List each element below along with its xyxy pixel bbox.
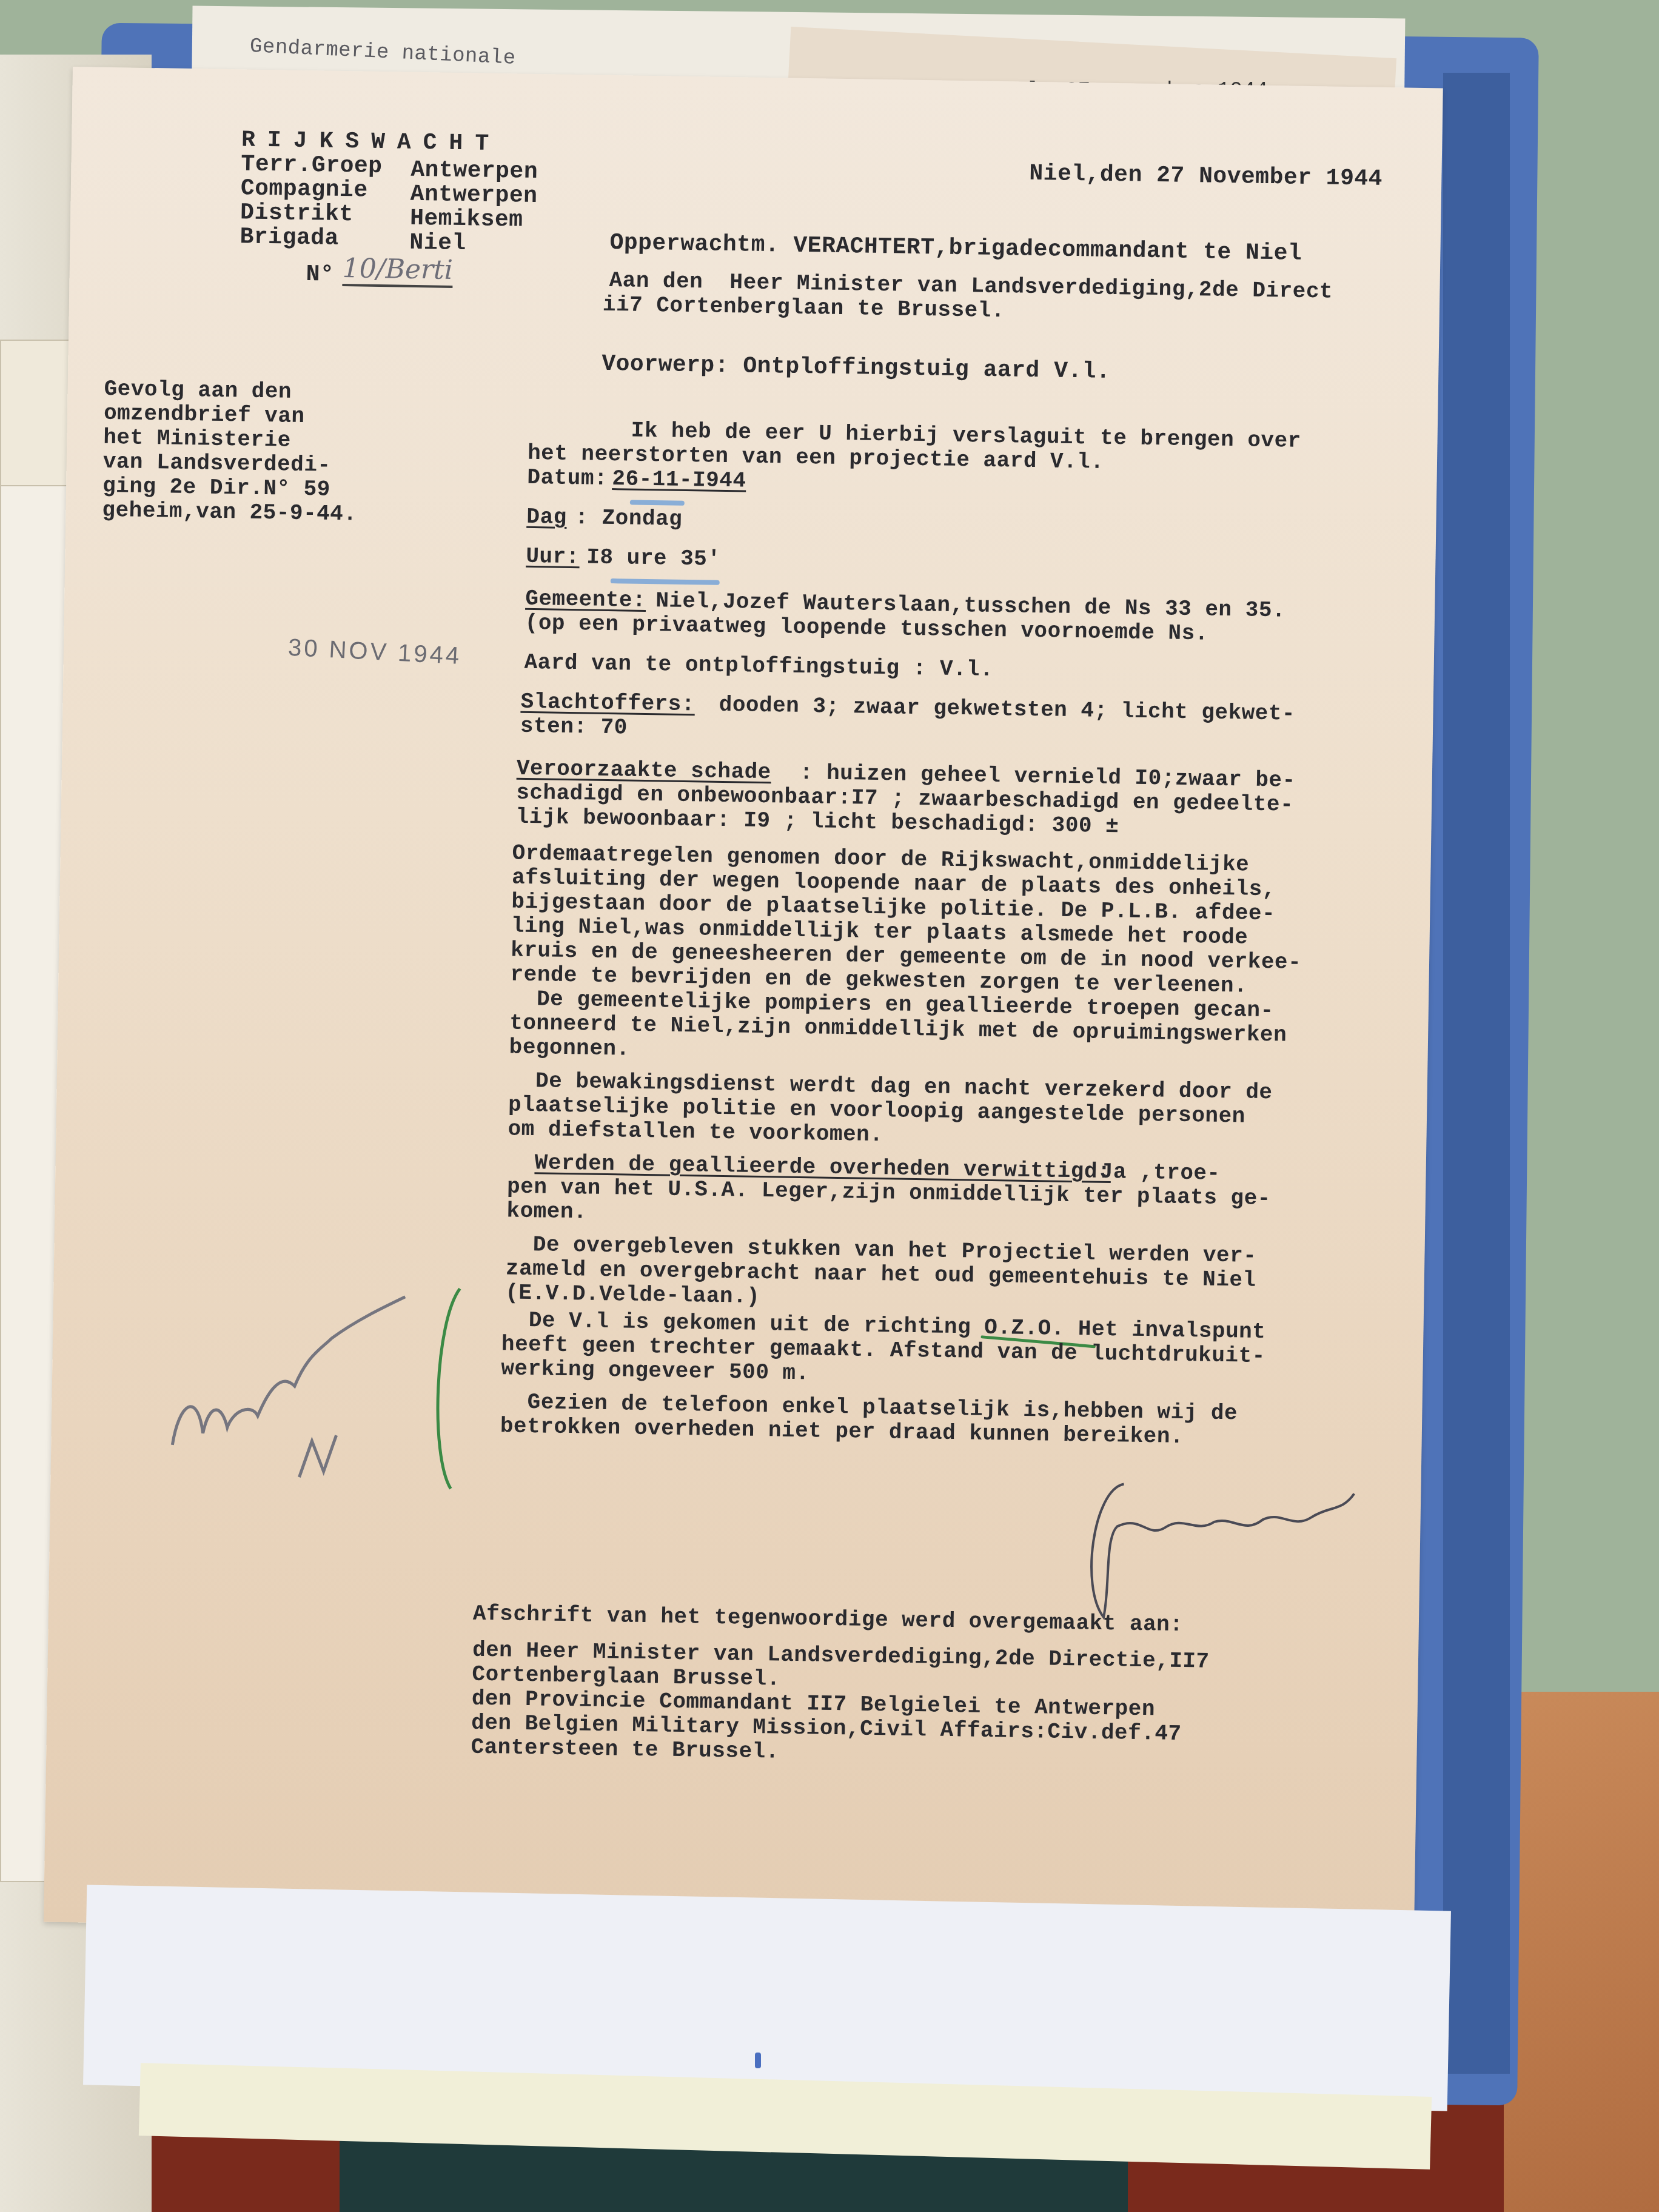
handwritten-number: 10/Berti [342,253,453,288]
received-date-stamp: 30 NOV 1944 [287,634,462,670]
signature-scribble-icon [1067,1465,1433,1628]
gemeente-label: Gemeente: [525,586,646,613]
letterhead-label: Brigada [240,224,339,252]
margin-note-line: omzendbrief van [104,401,305,429]
margin-note-line: Gevolg aan den [104,377,292,404]
dag-value: : Zondag [575,505,682,532]
place-date: Niel,den 27 November 1944 [1029,161,1382,192]
letterhead-value: Niel [409,230,466,256]
margin-note-line: van Landsverdedi- [102,449,330,478]
letterhead-label: Compagnie [241,175,368,203]
letterhead-value: Antwerpen [410,181,537,209]
aard-line: Aard van te ontploffingstuig : V.l. [524,650,993,682]
paragraph-line: werking ongeveer 500 m. [501,1356,809,1386]
subject-line: Voorwerp: Ontploffingstuig aard V.l. [602,351,1111,385]
uur-label: Uur: [526,544,580,569]
copies-line: Cantersteen te Brussel. [471,1735,779,1765]
wooden-table-edge [1504,1692,1659,2212]
paragraph-line: (E.V.D.Velde-laan.) [505,1280,760,1309]
slachtoffers-value: dooden 3; zwaar gekwetsten 4; licht gekw… [705,692,1295,726]
blue-ink-spot [755,2053,761,2068]
margin-note-line: geheim,van 25-9-44. [102,498,357,527]
werden-value: Ja ,troe- [1086,1159,1221,1185]
folder-edge [1443,73,1510,2074]
slachtoffers-label: Slachtoffers: [520,689,695,717]
margin-note-line: het Ministerie [103,425,291,453]
datum-value: 26-11-I944 [612,466,746,493]
left-paper-tab [0,340,75,494]
letterhead-value: Hemiksem [410,206,523,233]
handwritten-margin-note-icon [159,1281,441,1492]
blue-pencil-mark [611,578,720,585]
sender-line: Opperwachtm. VERACHTERT,brigadecommandan… [609,230,1302,267]
paragraph-line: begonnen. [509,1035,630,1062]
paragraph-line: om diefstallen te voorkomen. [508,1116,883,1147]
letterhead-label: Distrikt [240,199,354,227]
blue-pencil-mark [630,500,685,506]
report-sheet: RIJKSWACHT Terr.Groep Antwerpen Compagni… [44,67,1443,1943]
gendarmerie-header: Gendarmerie nationale [249,35,516,70]
dag-label: Dag [526,504,567,530]
margin-note-line: ging 2e Dir.N° 59 [102,474,330,502]
number-prefix: N° [306,261,334,288]
datum-label: Datum: [527,465,608,491]
uur-value: I8 ure 35' [586,545,721,571]
letterhead-value: Antwerpen [411,157,538,185]
werden-line-3: komen. [506,1198,587,1224]
slachtoffers-line-2: sten: 70 [520,714,628,740]
